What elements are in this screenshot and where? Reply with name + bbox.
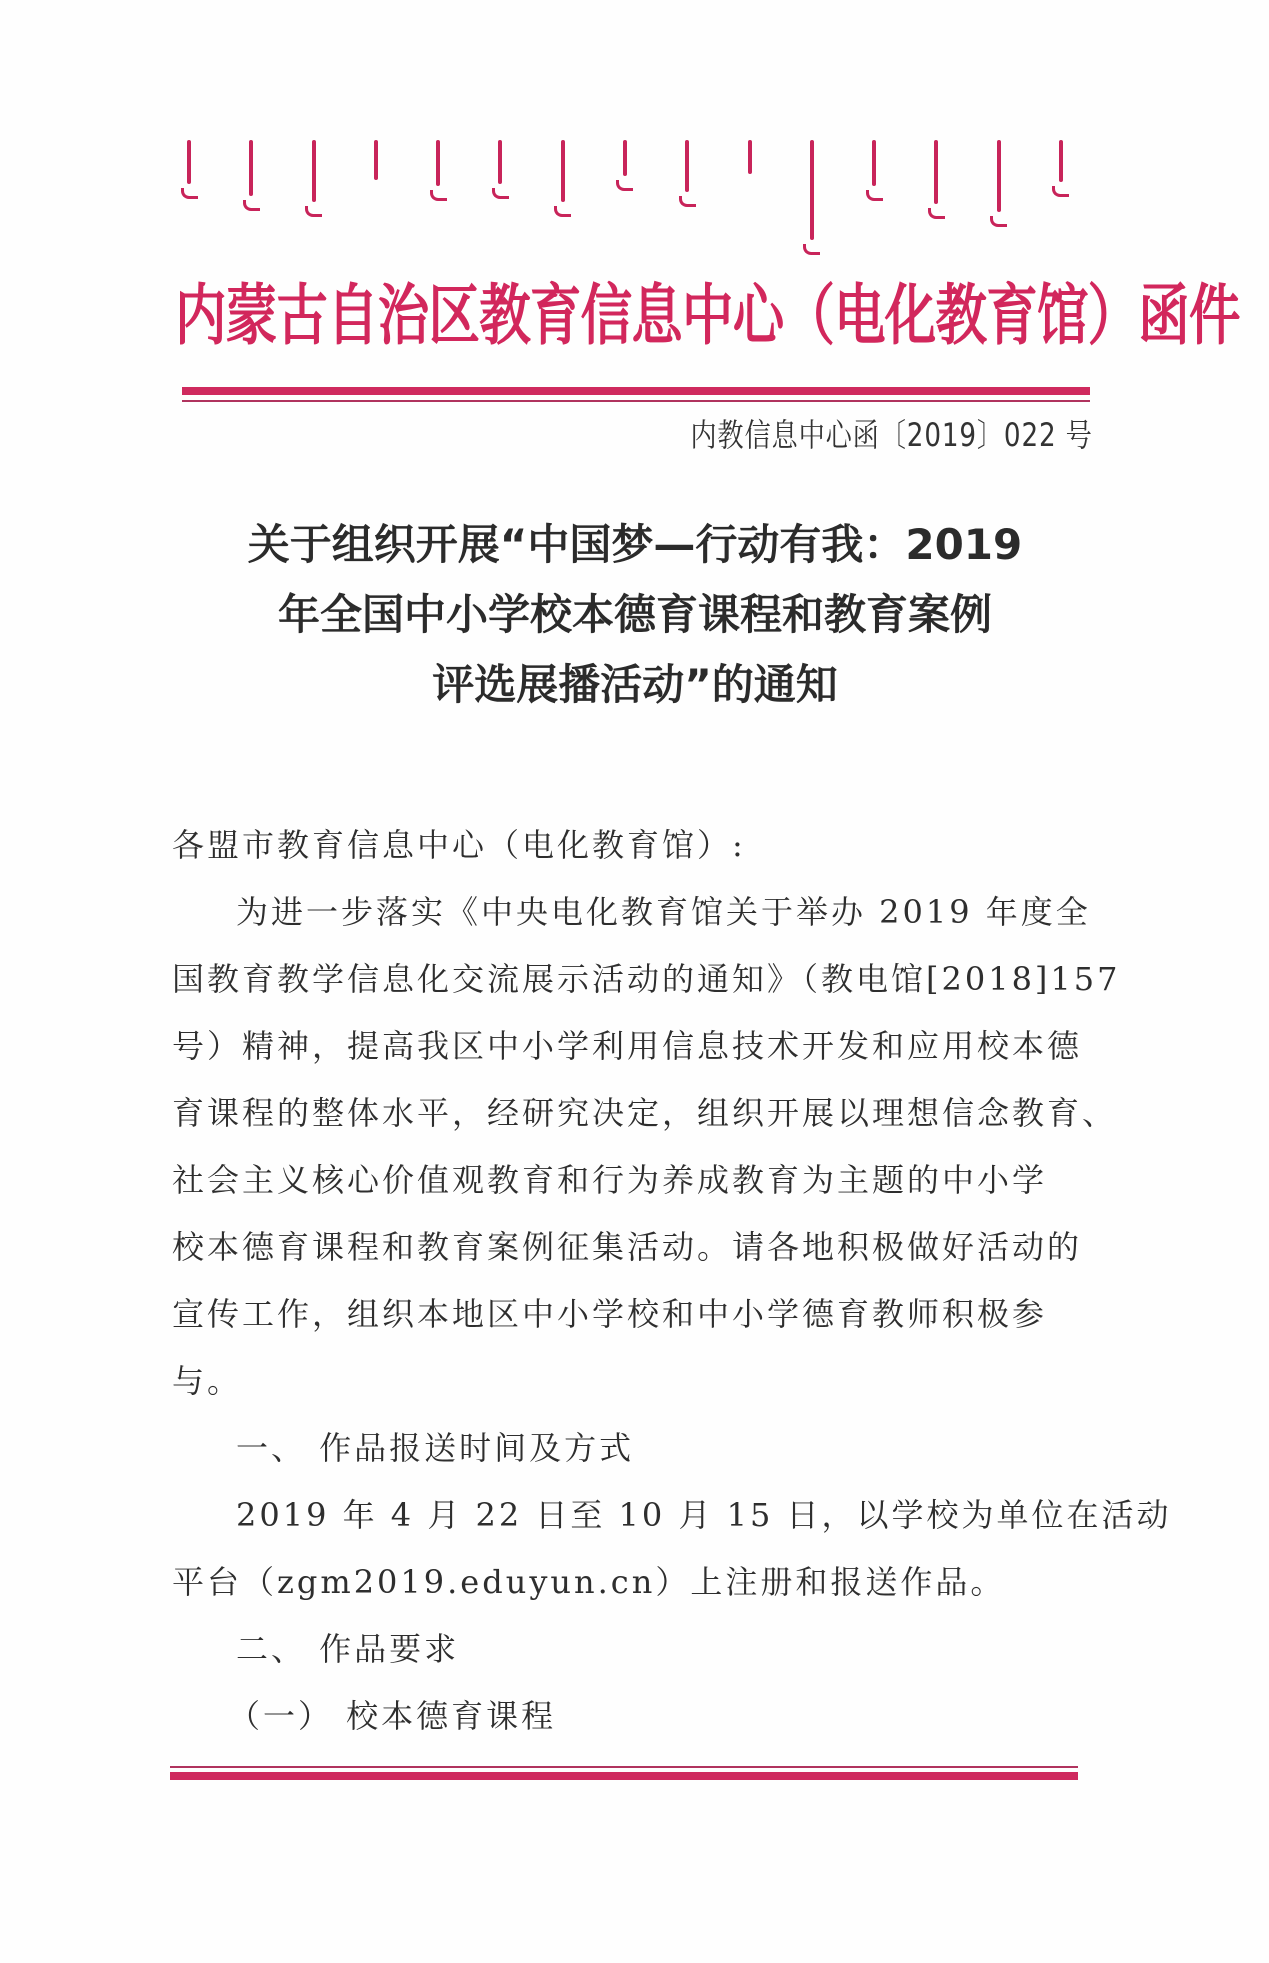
- letterhead-divider-thick: [182, 387, 1090, 395]
- letterhead-divider-thin: [182, 400, 1090, 402]
- mongolian-word: [736, 140, 764, 270]
- mongolian-word: [798, 140, 826, 270]
- paragraph-line: 社会主义核心价值观教育和行为养成教育为主题的中小学: [172, 1147, 1077, 1214]
- paragraph-line: 育课程的整体水平，经研究决定，组织开展以理想信念教育、: [172, 1080, 1077, 1147]
- document-page: 内蒙古自治区教育信息中心（电化教育馆）函件 内教信息中心函〔2019〕022 号…: [0, 0, 1269, 1963]
- mongolian-word: [922, 140, 950, 270]
- mongolian-script-header: [175, 140, 1075, 270]
- mongolian-word: [860, 140, 888, 270]
- mongolian-word: [611, 140, 639, 270]
- document-title: 关于组织开展“中国梦—行动有我：2019 年全国中小学校本德育课程和教育案例 评…: [150, 510, 1120, 720]
- paragraph-line: 2019 年 4 月 22 日至 10 月 15 日，以学校为单位在活动: [172, 1482, 1077, 1549]
- institution-letterhead: 内蒙古自治区教育信息中心（电化教育馆）函件: [175, 262, 893, 372]
- mongolian-word: [549, 140, 577, 270]
- title-line: 评选展播活动”的通知: [150, 650, 1120, 720]
- paragraph-line: 为进一步落实《中央电化教育馆关于举办 2019 年度全: [172, 879, 1077, 946]
- section-heading: 二、 作品要求: [172, 1616, 1077, 1683]
- document-number: 内教信息中心函〔2019〕022 号: [691, 410, 1093, 456]
- subsection-heading: （一） 校本德育课程: [172, 1683, 1077, 1750]
- title-line: 关于组织开展“中国梦—行动有我：2019: [150, 510, 1120, 580]
- section-heading: 一、 作品报送时间及方式: [172, 1415, 1077, 1482]
- paragraph-line: 国教育教学信息化交流展示活动的通知》（教电馆[2018]157: [172, 946, 1077, 1013]
- paragraph-line: 与。: [172, 1348, 1077, 1415]
- document-body: 各盟市教育信息中心（电化教育馆）: 为进一步落实《中央电化教育馆关于举办 201…: [172, 812, 1077, 1750]
- mongolian-word: [486, 140, 514, 270]
- mongolian-word: [985, 140, 1013, 270]
- mongolian-word: [175, 140, 203, 270]
- footer-divider-thick: [170, 1772, 1078, 1780]
- salutation: 各盟市教育信息中心（电化教育馆）:: [172, 812, 1077, 879]
- paragraph-line: 校本德育课程和教育案例征集活动。请各地积极做好活动的: [172, 1214, 1077, 1281]
- title-line: 年全国中小学校本德育课程和教育案例: [150, 580, 1120, 650]
- mongolian-word: [237, 140, 265, 270]
- mongolian-word: [300, 140, 328, 270]
- paragraph-line: 号）精神，提高我区中小学利用信息技术开发和应用校本德: [172, 1013, 1077, 1080]
- paragraph-line: 宣传工作，组织本地区中小学校和中小学德育教师积极参: [172, 1281, 1077, 1348]
- mongolian-word: [424, 140, 452, 270]
- footer-divider-thin: [170, 1766, 1078, 1768]
- mongolian-word: [362, 140, 390, 270]
- mongolian-word: [1047, 140, 1075, 270]
- mongolian-word: [673, 140, 701, 270]
- paragraph-line: 平台（zgm2019.eduyun.cn）上注册和报送作品。: [172, 1549, 1077, 1616]
